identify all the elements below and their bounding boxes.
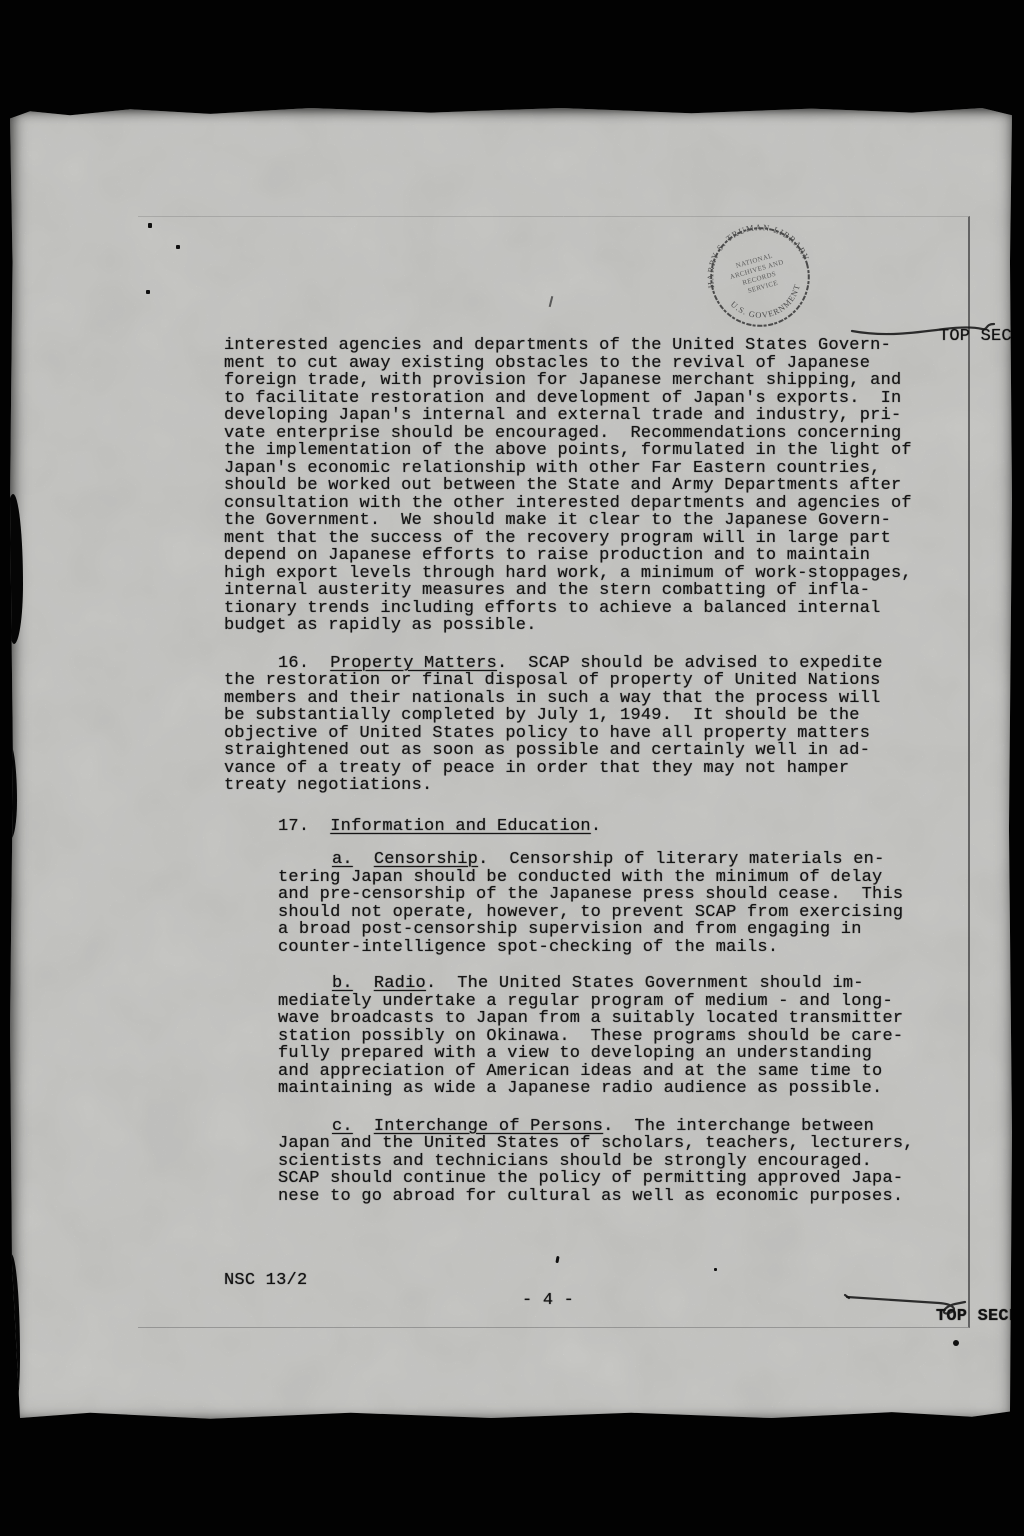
subsection-b-title: Radio — [374, 974, 426, 993]
section-17-number: 17. — [278, 817, 330, 836]
scanned-document-page: HARRY S. TRUMAN LIBRARY U.S. GOVERNMENT … — [0, 0, 1024, 1536]
scan-edge-blob — [4, 1254, 20, 1424]
subsection-a-censorship: a.Censorship. Censorship of literary mat… — [278, 851, 954, 956]
subsection-b-radio: b.Radio. The United States Government sh… — [278, 975, 954, 1098]
scan-speck — [176, 245, 180, 249]
scan-edge-blob — [5, 494, 23, 644]
footer-page-number: - 4 - — [522, 1292, 574, 1310]
section-16-property-matters: 16.Property Matters. SCAP should be advi… — [224, 655, 954, 795]
subsection-c-letter: c. — [332, 1117, 374, 1136]
section-17-information-education: 17.Information and Education. — [224, 818, 954, 836]
footer-classification: TOP SECRET — [790, 1272, 1024, 1380]
subsection-a-title: Censorship — [374, 850, 478, 869]
scan-speck — [714, 1268, 717, 1271]
subsection-a-letter: a. — [332, 850, 374, 869]
subsection-b-letter: b. — [332, 974, 374, 993]
subsection-c-interchange: c.Interchange of Persons. The interchang… — [278, 1118, 954, 1206]
subsection-b-text: . The United States Government should im… — [278, 974, 903, 1098]
scan-speck — [148, 223, 152, 228]
document-body: interested agencies and departments of t… — [224, 337, 954, 1205]
section-16-number: 16. — [278, 654, 330, 673]
section-17-period: . — [591, 817, 601, 836]
section-17-title: Information and Education — [330, 817, 591, 836]
scan-speck — [953, 1340, 959, 1346]
footer-doc-number: NSC 13/2 — [224, 1272, 307, 1290]
subsection-c-title: Interchange of Persons — [374, 1117, 603, 1136]
footer-classification-text: TOP SECRET — [936, 1307, 1024, 1326]
scan-edge-blob — [4, 744, 17, 839]
paragraph-15-continuation: interested agencies and departments of t… — [224, 337, 954, 635]
section-16-title: Property Matters — [330, 654, 497, 673]
stamp-center-text: NATIONAL ARCHIVES AND RECORDS SERVICE — [727, 250, 792, 299]
scan-speck — [146, 290, 150, 294]
section-16-text: . SCAP should be advised to expedite the… — [224, 654, 883, 796]
paper-sheet: HARRY S. TRUMAN LIBRARY U.S. GOVERNMENT … — [10, 104, 1012, 1422]
